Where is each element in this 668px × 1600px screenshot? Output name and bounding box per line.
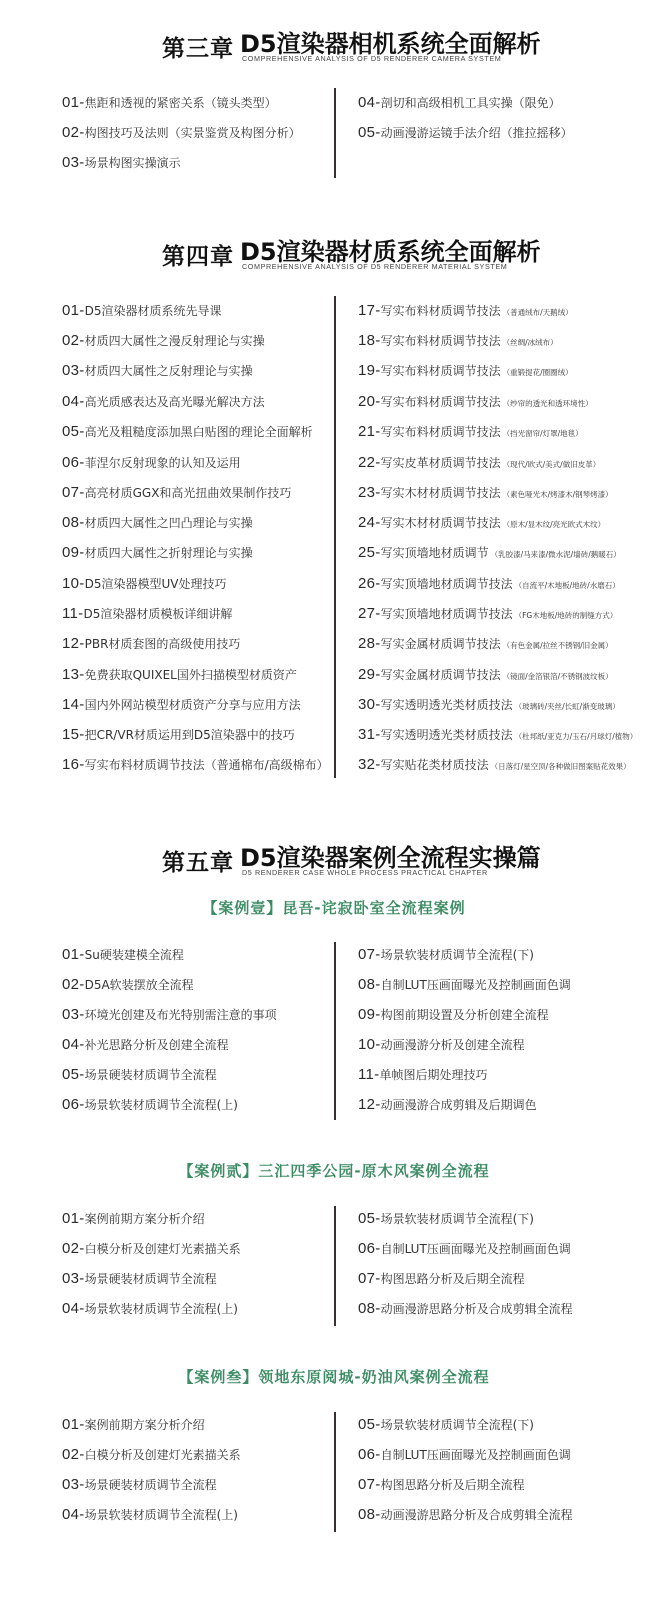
list-item: 09-构图前期设置及分析创建全流程 — [358, 1006, 549, 1023]
list-item: 01-D5渲染器材质系统先导课 — [62, 302, 221, 319]
list-item: 19-写实布料材质调节技法（重锻提花/圈圈绒） — [358, 362, 573, 379]
list-item: 06-自制LUT压画面曝光及控制画面色调 — [358, 1240, 571, 1257]
list-item: 13-免费获取QUIXEL国外扫描模型材质资产 — [62, 666, 297, 683]
list-item: 11-D5渲染器材质模板详细讲解 — [62, 605, 232, 622]
list-item: 12-PBR材质套图的高级使用技巧 — [62, 635, 240, 652]
list-item: 03-环境光创建及布光特别需注意的事项 — [62, 1006, 277, 1023]
list-item: 02-白模分析及创建灯光素描关系 — [62, 1446, 241, 1463]
chapter-3-header: 第三章 D5渲染器相机系统全面解析 COMPREHENSIVE ANALYSIS… — [0, 22, 668, 72]
list-item: 04-场景软装材质调节全流程(上) — [62, 1300, 238, 1317]
list-item: 09-材质四大属性之折射理论与实操 — [62, 544, 253, 561]
chapter-number: 第五章 — [162, 844, 234, 877]
list-item: 02-D5A软装摆放全流程 — [62, 976, 194, 993]
case-2-title: 【案例贰】三汇四季公园-原木风案例全流程 — [0, 1160, 668, 1181]
list-item: 05-高光及粗糙度添加黑白贴图的理论全面解析 — [62, 423, 313, 440]
list-item: 28-写实金属材质调节技法（有色金属/拉丝不锈钢/旧金属） — [358, 635, 613, 652]
list-item: 02-材质四大属性之漫反射理论与实操 — [62, 332, 265, 349]
list-item: 08-动画漫游思路分析及合成剪辑全流程 — [358, 1506, 573, 1523]
list-item: 05-场景软装材质调节全流程(下) — [358, 1210, 534, 1227]
list-item: 17-写实布料材质调节技法（普通绒布/天鹅绒） — [358, 302, 573, 319]
case-3-title: 【案例叁】领地东原阅城-奶油风案例全流程 — [0, 1366, 668, 1387]
list-item: 14-国内外网站模型材质资产分享与应用方法 — [62, 696, 301, 713]
list-item: 02-构图技巧及法则（实景鉴赏及构图分析） — [62, 124, 301, 141]
chapter-number: 第三章 — [162, 30, 234, 63]
list-item: 20-写实布料材质调节技法（纱帘的透光和透环境性） — [358, 393, 593, 410]
list-item: 10-D5渲染器模型UV处理技巧 — [62, 575, 226, 592]
column-divider — [334, 1206, 336, 1326]
list-item: 01-焦距和透视的紧密关系（镜头类型） — [62, 94, 277, 111]
list-item: 02-白模分析及创建灯光素描关系 — [62, 1240, 241, 1257]
list-item: 06-菲涅尔反射现象的认知及运用 — [62, 454, 241, 471]
list-item: 23-写实木材材质调节技法（素色哑光木/烤漆木/钢琴烤漆） — [358, 484, 613, 501]
list-item: 11-单帧图后期处理技巧 — [358, 1066, 487, 1083]
list-item: 03-材质四大属性之反射理论与实操 — [62, 362, 253, 379]
list-item: 07-构图思路分析及后期全流程 — [358, 1270, 525, 1287]
list-item: 29-写实金属材质调节技法（镜面/金箔银箔/不锈钢波纹板） — [358, 666, 613, 683]
column-divider — [334, 942, 336, 1120]
list-item: 01-Su硬装建模全流程 — [62, 946, 184, 963]
list-item: 26-写实顶墙地材质调节技法（自流平/木地板/地砖/水磨石） — [358, 575, 620, 592]
column-divider — [334, 1412, 336, 1532]
list-item: 31-写实透明透光类材质技法（杜邦纸/亚克力/玉石/月球灯/植物） — [358, 726, 637, 743]
list-item: 03-场景硬装材质调节全流程 — [62, 1476, 217, 1493]
list-item: 07-场景软装材质调节全流程(下) — [358, 946, 534, 963]
list-item: 07-构图思路分析及后期全流程 — [358, 1476, 525, 1493]
column-divider — [334, 88, 336, 178]
chapter-5-header: 第五章 D5渲染器案例全流程实操篇 D5 RENDERER CASE WHOLE… — [0, 836, 668, 886]
list-item: 08-自制LUT压画面曝光及控制画面色调 — [358, 976, 571, 993]
list-item: 15-把CR/VR材质运用到D5渲染器中的技巧 — [62, 726, 295, 743]
list-item: 27-写实顶墙地材质调节技法（FG木地板/地砖的制缝方式） — [358, 605, 617, 622]
list-item: 05-场景硬装材质调节全流程 — [62, 1066, 217, 1083]
list-item: 03-场景构图实操演示 — [62, 154, 181, 171]
list-item: 16-写实布料材质调节技法（普通棉布/高级棉布） — [62, 756, 329, 773]
list-item: 01-案例前期方案分析介绍 — [62, 1416, 205, 1433]
list-item: 04-剖切和高级相机工具实操（限免） — [358, 94, 561, 111]
list-item: 18-写实布料材质调节技法（丝绸/冰绒布） — [358, 332, 558, 349]
list-item: 06-场景软装材质调节全流程(上) — [62, 1096, 238, 1113]
list-item: 04-补光思路分析及创建全流程 — [62, 1036, 229, 1053]
list-item: 08-材质四大属性之凹凸理论与实操 — [62, 514, 253, 531]
list-item: 10-动画漫游分析及创建全流程 — [358, 1036, 525, 1053]
list-item: 06-自制LUT压画面曝光及控制画面色调 — [358, 1446, 571, 1463]
case-1-title: 【案例壹】昆吾-诧寂卧室全流程案例 — [0, 897, 668, 918]
list-item: 04-高光质感表达及高光曝光解决方法 — [62, 393, 265, 410]
list-item: 30-写实透明透光类材质技法（玻璃砖/夹丝/长虹/渐变玻璃） — [358, 696, 620, 713]
chapter-subtitle: COMPREHENSIVE ANALYSIS OF D5 RENDERER MA… — [242, 262, 507, 271]
list-item: 21-写实布料材质调节技法（挡光窗帘/灯罩/地毯） — [358, 423, 583, 440]
list-item: 05-场景软装材质调节全流程(下) — [358, 1416, 534, 1433]
list-item: 25-写实顶墙地材质调节（乳胶漆/马来漆/微水泥/墙砖/鹅暖石） — [358, 544, 621, 561]
list-item: 07-高亮材质GGX和高光扭曲效果制作技巧 — [62, 484, 291, 501]
list-item: 01-案例前期方案分析介绍 — [62, 1210, 205, 1227]
chapter-subtitle: COMPREHENSIVE ANALYSIS OF D5 RENDERER CA… — [242, 54, 501, 63]
list-item: 08-动画漫游思路分析及合成剪辑全流程 — [358, 1300, 573, 1317]
list-item: 32-写实贴花类材质技法（日落灯/星空顶/各种做旧图案贴花效果） — [358, 756, 631, 773]
list-item: 05-动画漫游运镜手法介绍（推拉摇移） — [358, 124, 573, 141]
list-item: 03-场景硬装材质调节全流程 — [62, 1270, 217, 1287]
list-item: 04-场景软装材质调节全流程(上) — [62, 1506, 238, 1523]
chapter-4-header: 第四章 D5渲染器材质系统全面解析 COMPREHENSIVE ANALYSIS… — [0, 230, 668, 280]
list-item: 12-动画漫游合成剪辑及后期调色 — [358, 1096, 537, 1113]
chapter-subtitle: D5 RENDERER CASE WHOLE PROCESS PRACTICAL… — [242, 868, 488, 877]
list-item: 22-写实皮革材质调节技法（现代/欧式/美式/做旧皮革） — [358, 454, 600, 471]
list-item: 24-写实木材材质调节技法（原木/显木纹/亮光欧式木纹） — [358, 514, 605, 531]
chapter-number: 第四章 — [162, 238, 234, 271]
column-divider — [334, 296, 336, 778]
